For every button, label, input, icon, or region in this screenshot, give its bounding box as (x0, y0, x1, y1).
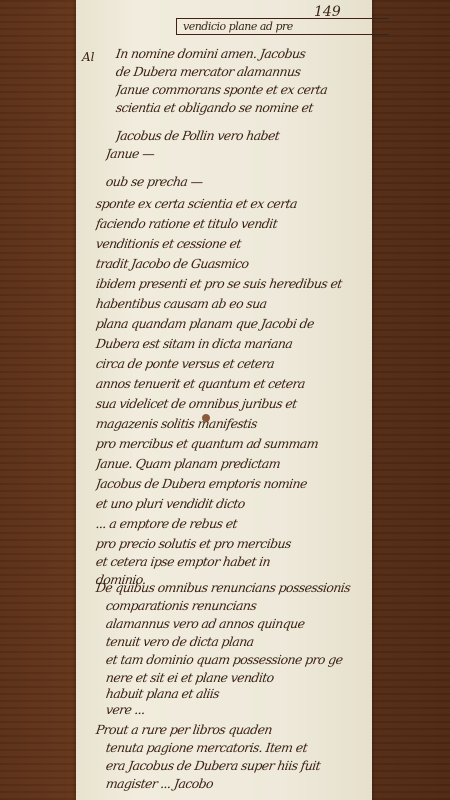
manuscript-line: sua videlicet de omnibus juribus et (95, 396, 357, 411)
manuscript-line: tradit Jacobo de Guasmico (95, 256, 357, 271)
manuscript-line: era Jacobus de Dubera super hiis fuit (105, 758, 367, 773)
manuscript-line: Janue. Quam planam predictam (95, 456, 357, 471)
manuscript-line: scientia et obligando se nomine et (115, 100, 377, 115)
manuscript-line: pro precio solutis et pro mercibus (95, 536, 357, 551)
manuscript-line: de Dubera mercator alamannus (115, 64, 377, 79)
manuscript-line: oub se precha — (105, 174, 367, 189)
manuscript-page: 149 vendicio plane ad pre Al In nomine d… (76, 0, 372, 800)
manuscript-line: Dubera est sitam in dicta mariana (95, 336, 357, 351)
manuscript-line: Janue commorans sponte et ex certa (115, 82, 377, 97)
manuscript-line: nere et sit ei et plane vendito (105, 670, 367, 685)
manuscript-line: magister ... Jacobo (105, 776, 367, 791)
ink-stain (202, 414, 210, 422)
manuscript-line: alamannus vero ad annos quinque (105, 616, 367, 631)
manuscript-line: habuit plana et aliis (105, 686, 367, 701)
manuscript-line: comparationis renuncians (105, 598, 367, 613)
margin-note: Al (82, 50, 95, 64)
manuscript-line: ibidem presenti et pro se suis heredibus… (95, 276, 357, 291)
entry-heading: vendicio plane ad pre (176, 18, 389, 35)
manuscript-line: et uno pluri vendidit dicto (95, 496, 357, 511)
manuscript-line: sponte ex certa scientia et ex certa (95, 196, 357, 211)
manuscript-line: Jacobus de Dubera emptoris nomine (95, 476, 357, 491)
manuscript-line: et cetera ipse emptor habet in (95, 554, 357, 569)
manuscript-line: ... a emptore de rebus et (95, 516, 357, 531)
manuscript-line: circa de ponte versus et cetera (95, 356, 357, 371)
manuscript-line: Prout a rure per libros quaden (95, 722, 357, 737)
manuscript-line: Jacobus de Pollin vero habet (115, 128, 377, 143)
manuscript-line: pro mercibus et quantum ad summam (95, 436, 357, 451)
manuscript-line: habentibus causam ab eo sua (95, 296, 357, 311)
manuscript-line: vere ... (105, 702, 367, 717)
manuscript-line: et tam dominio quam possessione pro ge (105, 652, 367, 667)
manuscript-line: De quibus omnibus renuncians possessioni… (95, 580, 357, 595)
manuscript-line: tenuta pagione mercatoris. Item et (105, 740, 367, 755)
manuscript-line: In nomine domini amen. Jacobus (115, 46, 377, 61)
manuscript-line: faciendo ratione et titulo vendit (95, 216, 357, 231)
manuscript-line: venditionis et cessione et (95, 236, 357, 251)
manuscript-line: annos tenuerit et quantum et cetera (95, 376, 357, 391)
manuscript-line: Janue — (105, 146, 367, 161)
manuscript-line: tenuit vero de dicta plana (105, 634, 367, 649)
manuscript-line: magazenis solitis manifestis (95, 416, 357, 431)
manuscript-line: plana quandam planam que Jacobi de (95, 316, 357, 331)
